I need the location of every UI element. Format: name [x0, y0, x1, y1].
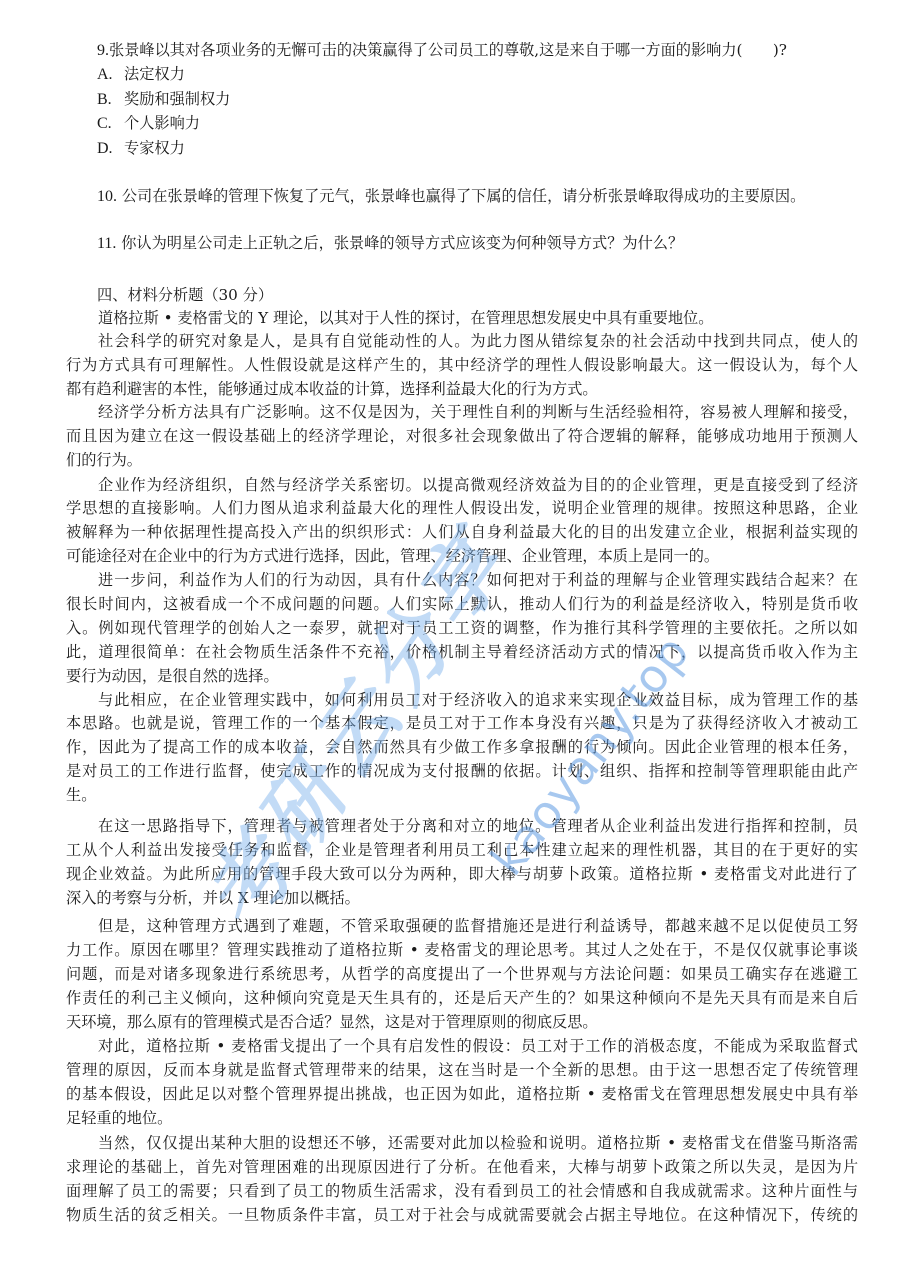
- paragraph-line: 的基本假设，因此足以对整个管理界提出挑战，也正因为如此，道格拉斯 • 麦格雷戈在…: [66, 1084, 858, 1104]
- paragraph-line: 求理论的基础上，首先对管理困难的出现原因进行了分析。在他看来，大棒与胡萝卜政策之…: [66, 1157, 858, 1177]
- paragraph-line: 要行为动因，是很自然的选择。: [66, 666, 279, 686]
- paragraph-line: 可能途径对在企业中的行为方式进行选择，因此，管理、经济管理、企业管理，本质上是同…: [66, 546, 719, 566]
- paragraph-line: 作责任的利己主义倾向，这种倾向究竟是天生具有的，还是后天产生的？如果这种倾向不是…: [66, 988, 858, 1008]
- paragraph-line: 工从个人利益出发接受任务和监督，企业是管理者利用员工利己本性建立起来的理性机器，…: [66, 840, 858, 860]
- paragraph-line: 经济学分析方法具有广泛影响。这不仅是因为，关于理性自利的判断与生活经验相符，容易…: [98, 402, 858, 422]
- question-number: 9.: [97, 42, 109, 59]
- option-text: 个人影响力: [124, 114, 200, 132]
- paragraph-line: 进一步问，利益作为人们的行为动因，具有什么内容？如何把对于利益的理解与企业管理实…: [98, 570, 858, 590]
- paragraph-line: 本思路。也就是说，管理工作的一个基本假定，是员工对于工作本身没有兴趣，只是为了获…: [66, 713, 858, 733]
- option-a: A.法定权力: [97, 64, 185, 84]
- question-10: 10. 公司在张景峰的管理下恢复了元气，张景峰也赢得了下属的信任，请分析张景峰取…: [97, 186, 805, 206]
- option-b: B.奖励和强制权力: [97, 89, 230, 109]
- paragraph-line: 企业作为经济组织，自然与经济学关系密切。以提高微观经济效益为目的的企业管理，更是…: [98, 475, 858, 495]
- question-9: 9.张景峰以其对各项业务的无懈可击的决策赢得了公司员工的尊敬,这是来自于哪一方面…: [97, 40, 787, 60]
- paragraph-line: 深入的考察与分析，并以 X 理论加以概括。: [66, 888, 360, 908]
- option-c: C.个人影响力: [97, 113, 200, 133]
- paragraph-line: 管理的原因，反而本身就是监督式管理带来的结果，这在当时是一个全新的思想。由于这一…: [66, 1060, 858, 1080]
- paragraph-line: 很长时间内，这被看成一个不成问题的问题。人们实际上默认，推动人们行为的利益是经济…: [66, 594, 858, 614]
- option-text: 专家权力: [124, 139, 185, 157]
- question-number: 10.: [97, 188, 117, 205]
- paragraph-line: 足轻重的地位。: [66, 1108, 172, 1128]
- paragraph-line: 们的行为。: [66, 450, 142, 470]
- question-text: 公司在张景峰的管理下恢复了元气，张景峰也赢得了下属的信任，请分析张景峰取得成功的…: [122, 187, 805, 205]
- paragraph-line: 当然，仅仅提出某种大胆的设想还不够，还需要对此加以检验和说明。道格拉斯 • 麦格…: [98, 1133, 858, 1153]
- paragraph-line: 行为方式具有可理解性。人性假设就是这样产生的，其中经济学的理性人假设影响最大。这…: [66, 355, 858, 375]
- paragraph-line: 面理解了员工的需要；只看到了员工的物质生活需求，没有看到员工的社会情感和自我成就…: [66, 1181, 858, 1201]
- option-letter: D.: [97, 139, 124, 159]
- paragraph-line: 对此，道格拉斯 • 麦格雷戈提出了一个具有启发性的假设：员工对于工作的消极态度，…: [98, 1036, 858, 1056]
- paragraph-line: 生。: [66, 785, 96, 805]
- option-text: 奖励和强制权力: [124, 90, 230, 108]
- paragraph-line: 作，因此为了提高工作的成本收益，会自然而然具有少做工作多拿报酬的行为倾向。因此企…: [66, 737, 858, 757]
- paragraph-line: 是对员工的工作进行监督，使完成工作的情况成为支付报酬的依据。计划、组织、指挥和控…: [66, 761, 858, 781]
- document-page: 9.张景峰以其对各项业务的无懈可击的决策赢得了公司员工的尊敬,这是来自于哪一方面…: [0, 0, 922, 1276]
- paragraph-line: 都有趋利避害的本性，能够通过成本收益的计算，选择利益最大化的行为方式。: [66, 379, 598, 399]
- paragraph-line: 力工作。原因在哪里？管理实践推动了道格拉斯 • 麦格雷戈的理论思考。其过人之处在…: [66, 940, 858, 960]
- question-text: 你认为明星公司走上正轨之后，张景峰的领导方式应该变为何种领导方式？为什么？: [121, 234, 683, 252]
- paragraph-line: 学思想的直接影响。人们力图从追求利益最大化的理性人假设出发，说明企业管理的规律。…: [66, 498, 858, 518]
- paragraph-line: 与此相应，在企业管理实践中，如何利用员工对于经济收入的追求来实现企业效益目标，成…: [98, 690, 858, 710]
- paragraph-line: 被解释为一种依据理性提高投入产出的织织形式：人们从自身利益最大化的目的出发建立企…: [66, 522, 858, 542]
- question-number: 11.: [97, 235, 116, 252]
- paragraph-line: 道格拉斯 • 麦格雷戈的 Y 理论，以其对于人性的探讨，在管理思想发展史中具有重…: [98, 308, 713, 328]
- option-letter: A.: [97, 65, 124, 85]
- paragraph-line: 而且因为建立在这一假设基础上的经济学理论，对很多社会现象做出了符合逻辑的解释，能…: [66, 426, 858, 446]
- paragraph-line: 入。例如现代管理学的创始人之一泰罗，就把对于员工工资的调整，作为推行其科学管理的…: [66, 618, 858, 638]
- section-heading: 四、材料分析题（30 分）: [97, 285, 273, 305]
- paragraph-line: 现企业效益。为此所应用的管理手段大致可以分为两种，即大棒与胡萝卜政策。道格拉斯 …: [66, 864, 858, 884]
- paragraph-line: 社会科学的研究对象是人，是具有自觉能动性的人。为此力图从错综复杂的社会活动中找到…: [98, 331, 858, 351]
- paragraph-line: 问题，而是对诸多现象进行系统思考，从哲学的高度提出了一个世界观与方法论问题：如果…: [66, 964, 858, 984]
- option-text: 法定权力: [124, 65, 185, 83]
- question-11: 11. 你认为明星公司走上正轨之后，张景峰的领导方式应该变为何种领导方式？为什么…: [97, 233, 683, 253]
- paragraph-line: 在这一思路指导下，管理者与被管理者处于分离和对立的地位。管理者从企业利益出发进行…: [98, 816, 858, 836]
- paragraph-line: 但是，这种管理方式遇到了难题，不管采取强硬的监督措施还是进行利益诱导，都越来越不…: [98, 916, 858, 936]
- paragraph-line: 物质生活的贫乏相关。一旦物质条件丰富，员工对于社会与成就需要就会占据主导地位。在…: [66, 1205, 858, 1225]
- question-text: 张景峰以其对各项业务的无懈可击的决策赢得了公司员工的尊敬,这是来自于哪一方面的影…: [109, 41, 787, 59]
- option-letter: C.: [97, 114, 124, 134]
- option-d: D.专家权力: [97, 138, 185, 158]
- paragraph-line: 天环境，那么原有的管理模式是否合适？显然，这是对于管理原则的彻底反思。: [66, 1012, 598, 1032]
- option-letter: B.: [97, 90, 124, 110]
- paragraph-line: 此，道理很简单：在社会物质生活条件不充裕，价格机制主导着经济活动方式的情况下，以…: [66, 642, 858, 662]
